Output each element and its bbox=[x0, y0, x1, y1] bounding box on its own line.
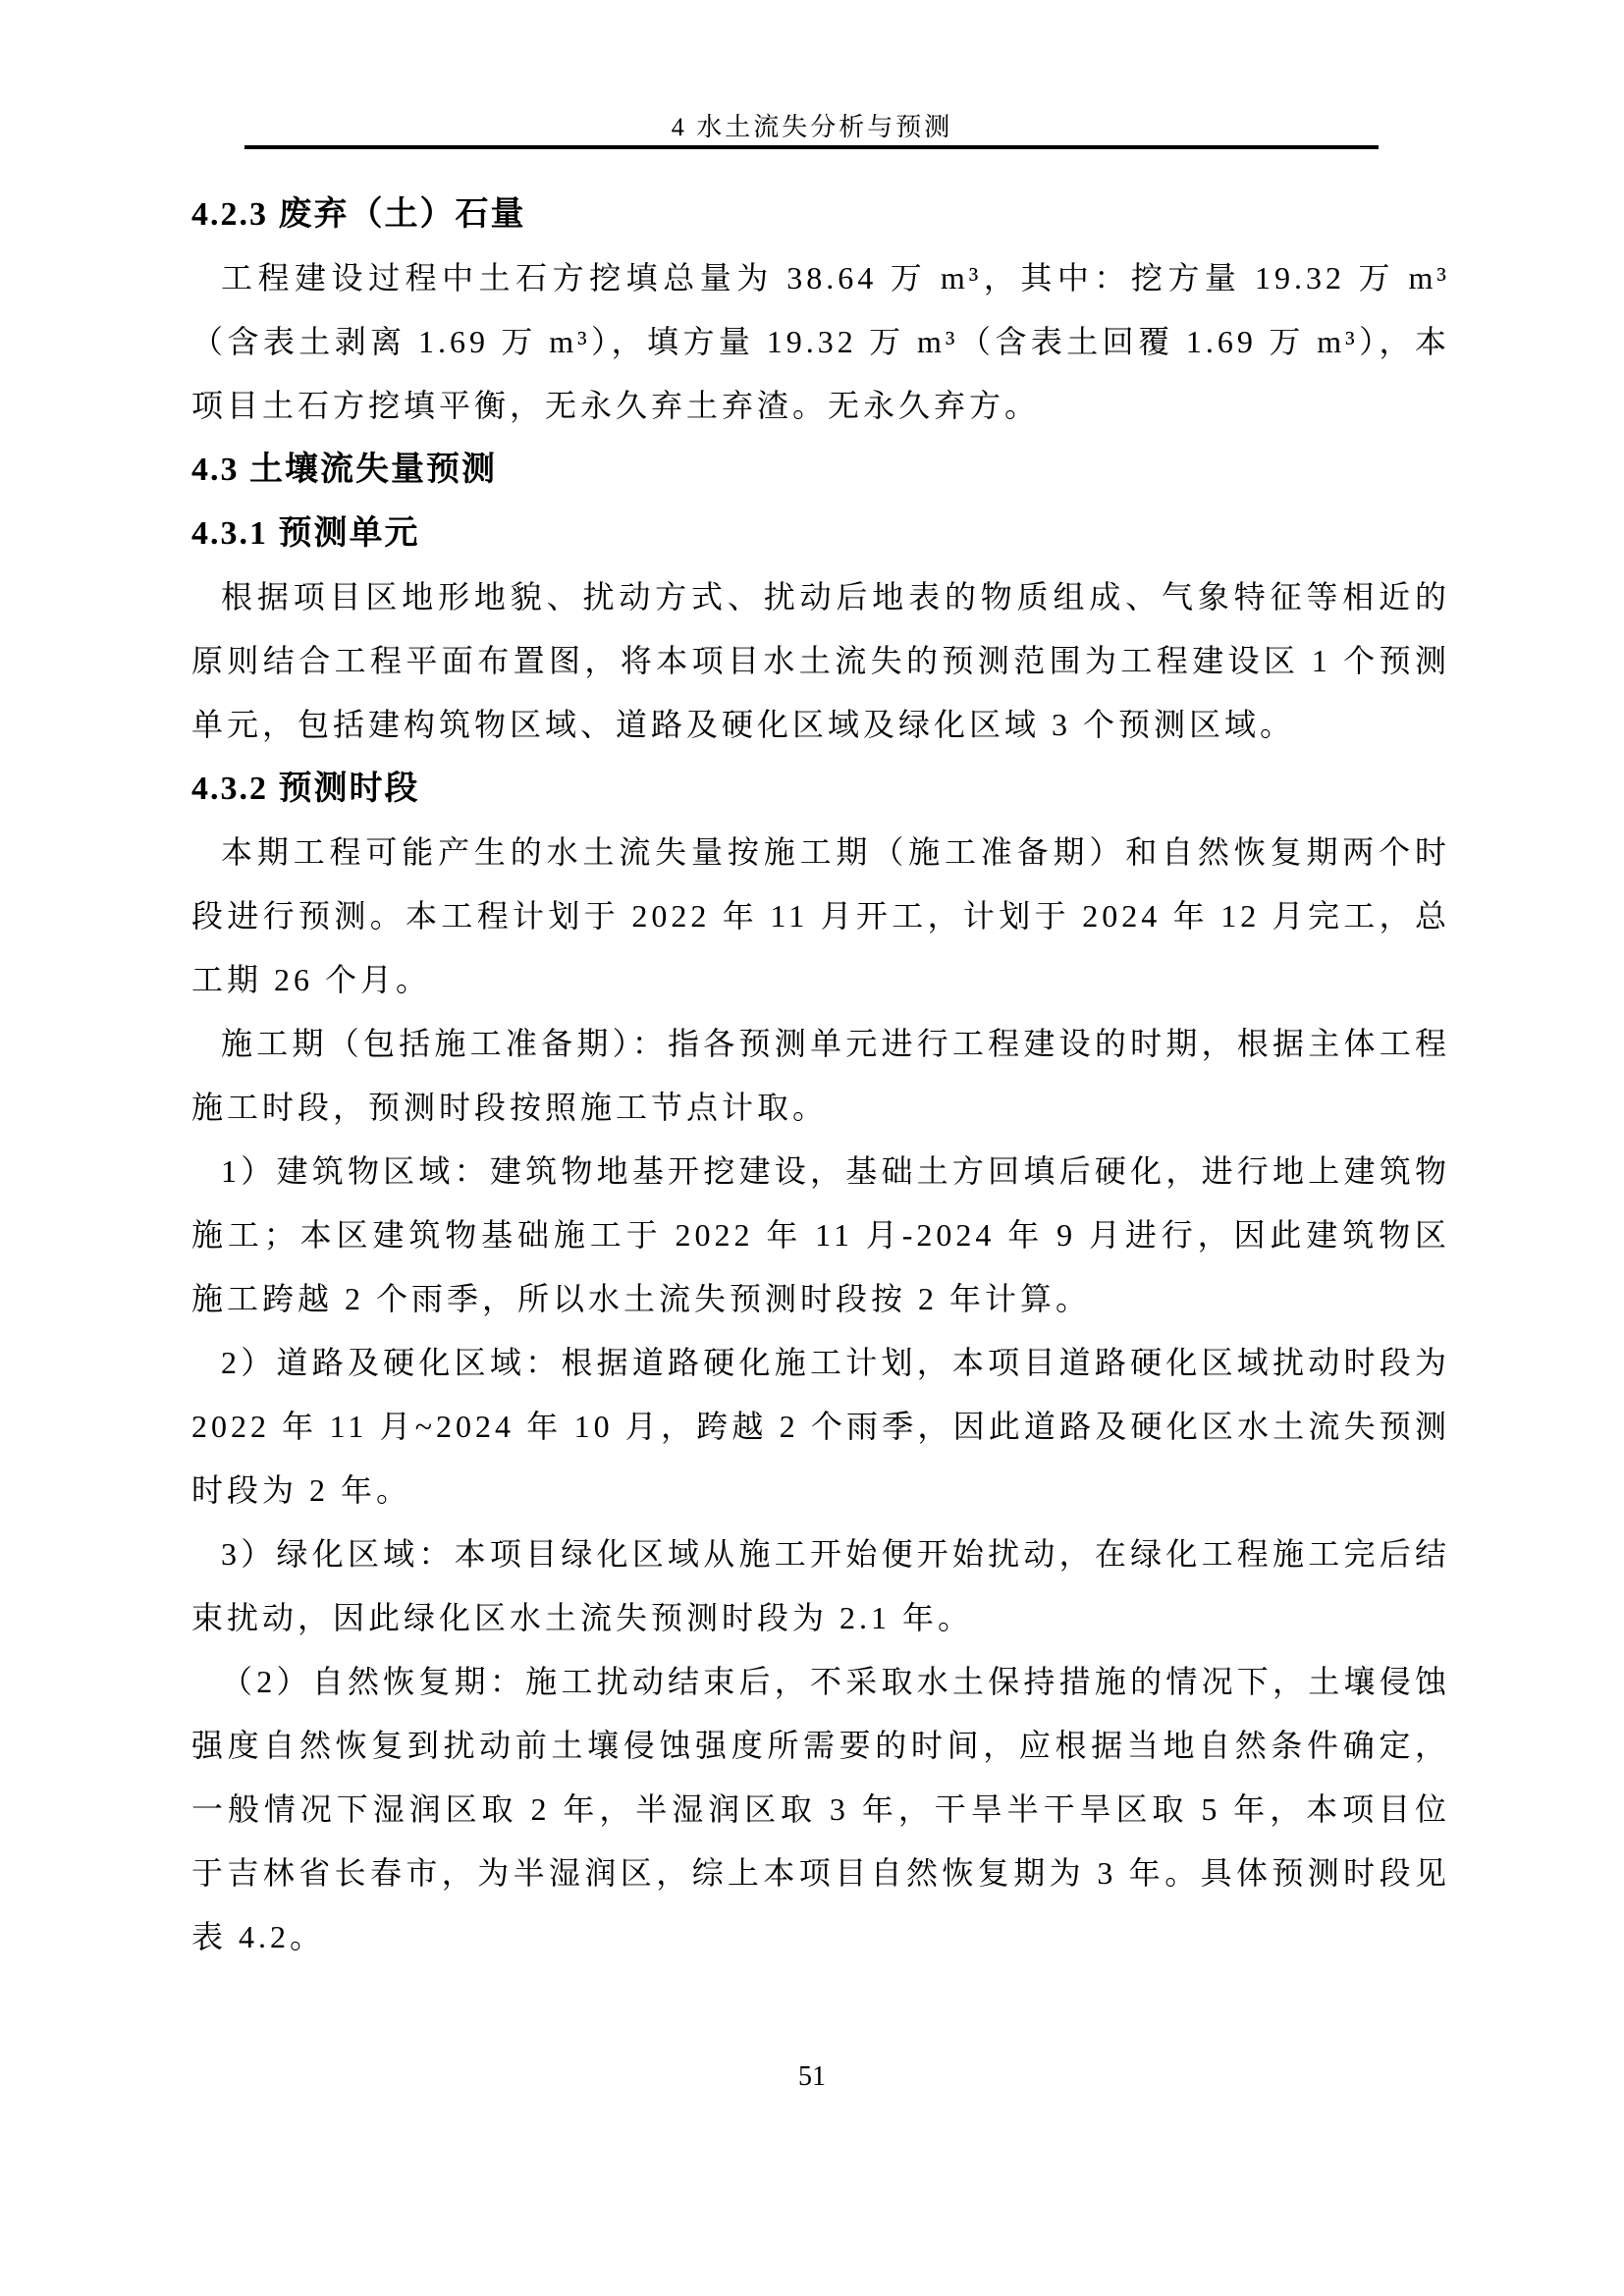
paragraph-road-hardening-area-period: 2）道路及硬化区域：根据道路硬化施工计划，本项目道路硬化区域扰动时段为 2022… bbox=[191, 1331, 1450, 1522]
document-page: 4 水土流失分析与预测 4.2.3 废弃（土）石量 工程建设过程中土石方挖填总量… bbox=[0, 0, 1624, 2296]
paragraph-building-area-period: 1）建筑物区域：建筑物地基开挖建设，基础土方回填后硬化，进行地上建筑物施工；本区… bbox=[191, 1140, 1450, 1331]
paragraph-prediction-periods-intro: 本期工程可能产生的水土流失量按施工期（施工准备期）和自然恢复期两个时段进行预测。… bbox=[191, 821, 1450, 1012]
section-heading-4-3-2: 4.3.2 预测时段 bbox=[191, 757, 1450, 821]
section-heading-4-2-3: 4.2.3 废弃（土）石量 bbox=[191, 183, 1450, 246]
section-heading-4-3-1: 4.3.1 预测单元 bbox=[191, 502, 1450, 565]
running-header: 4 水土流失分析与预测 bbox=[0, 108, 1624, 147]
paragraph-prediction-units: 根据项目区地形地貌、扰动方式、扰动后地表的物质组成、气象特征等相近的原则结合工程… bbox=[191, 565, 1450, 757]
paragraph-construction-period: 施工期（包括施工准备期）：指各预测单元进行工程建设的时期，根据主体工程施工时段，… bbox=[191, 1012, 1450, 1140]
document-body: 4.2.3 废弃（土）石量 工程建设过程中土石方挖填总量为 38.64 万 m³… bbox=[191, 183, 1450, 1969]
paragraph-greening-area-period: 3）绿化区域：本项目绿化区域从施工开始便开始扰动，在绿化工程施工完后结束扰动，因… bbox=[191, 1522, 1450, 1650]
header-rule bbox=[244, 145, 1379, 149]
page-number: 51 bbox=[0, 2059, 1624, 2095]
section-heading-4-3: 4.3 土壤流失量预测 bbox=[191, 438, 1450, 502]
paragraph-natural-recovery-period: （2）自然恢复期：施工扰动结束后，不采取水土保持措施的情况下，土壤侵蚀强度自然恢… bbox=[191, 1650, 1450, 1969]
paragraph-excavation-volume: 工程建设过程中土石方挖填总量为 38.64 万 m³，其中：挖方量 19.32 … bbox=[191, 246, 1450, 438]
